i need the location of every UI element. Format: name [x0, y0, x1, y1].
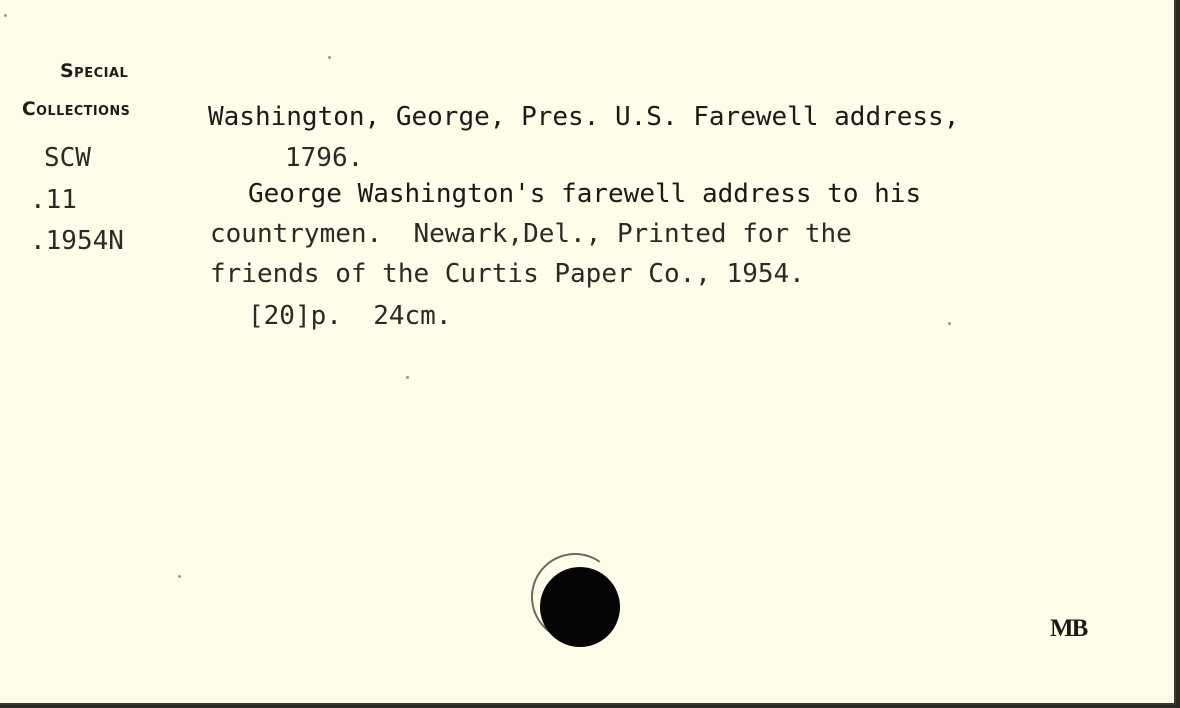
main-heading: Washington, George, Pres. U.S. Farewell … — [208, 104, 959, 130]
paper-speck — [4, 14, 7, 17]
catalog-card: Special Collections SCW .11 .1954N Washi… — [0, 0, 1176, 705]
paper-speck — [948, 322, 951, 325]
stamp-collections: Collections — [22, 98, 130, 120]
paper-speck — [178, 575, 181, 578]
title-line-3: friends of the Curtis Paper Co., 1954. — [210, 261, 805, 287]
call-number-line-2: .11 — [30, 187, 77, 213]
collation: [20]p. 24cm. — [248, 303, 452, 329]
stamp-special: Special — [60, 60, 128, 82]
title-line-2: countrymen. Newark,Del., Printed for the — [210, 221, 852, 247]
punch-hole — [540, 567, 620, 647]
call-number-line-3: .1954N — [30, 228, 124, 254]
heading-date: 1796. — [285, 145, 363, 171]
cataloger-initials: MB — [1050, 615, 1086, 643]
paper-speck — [328, 56, 331, 59]
paper-speck — [406, 376, 409, 379]
title-line-1: George Washington's farewell address to … — [248, 181, 921, 207]
call-number-line-1: SCW — [44, 145, 91, 171]
